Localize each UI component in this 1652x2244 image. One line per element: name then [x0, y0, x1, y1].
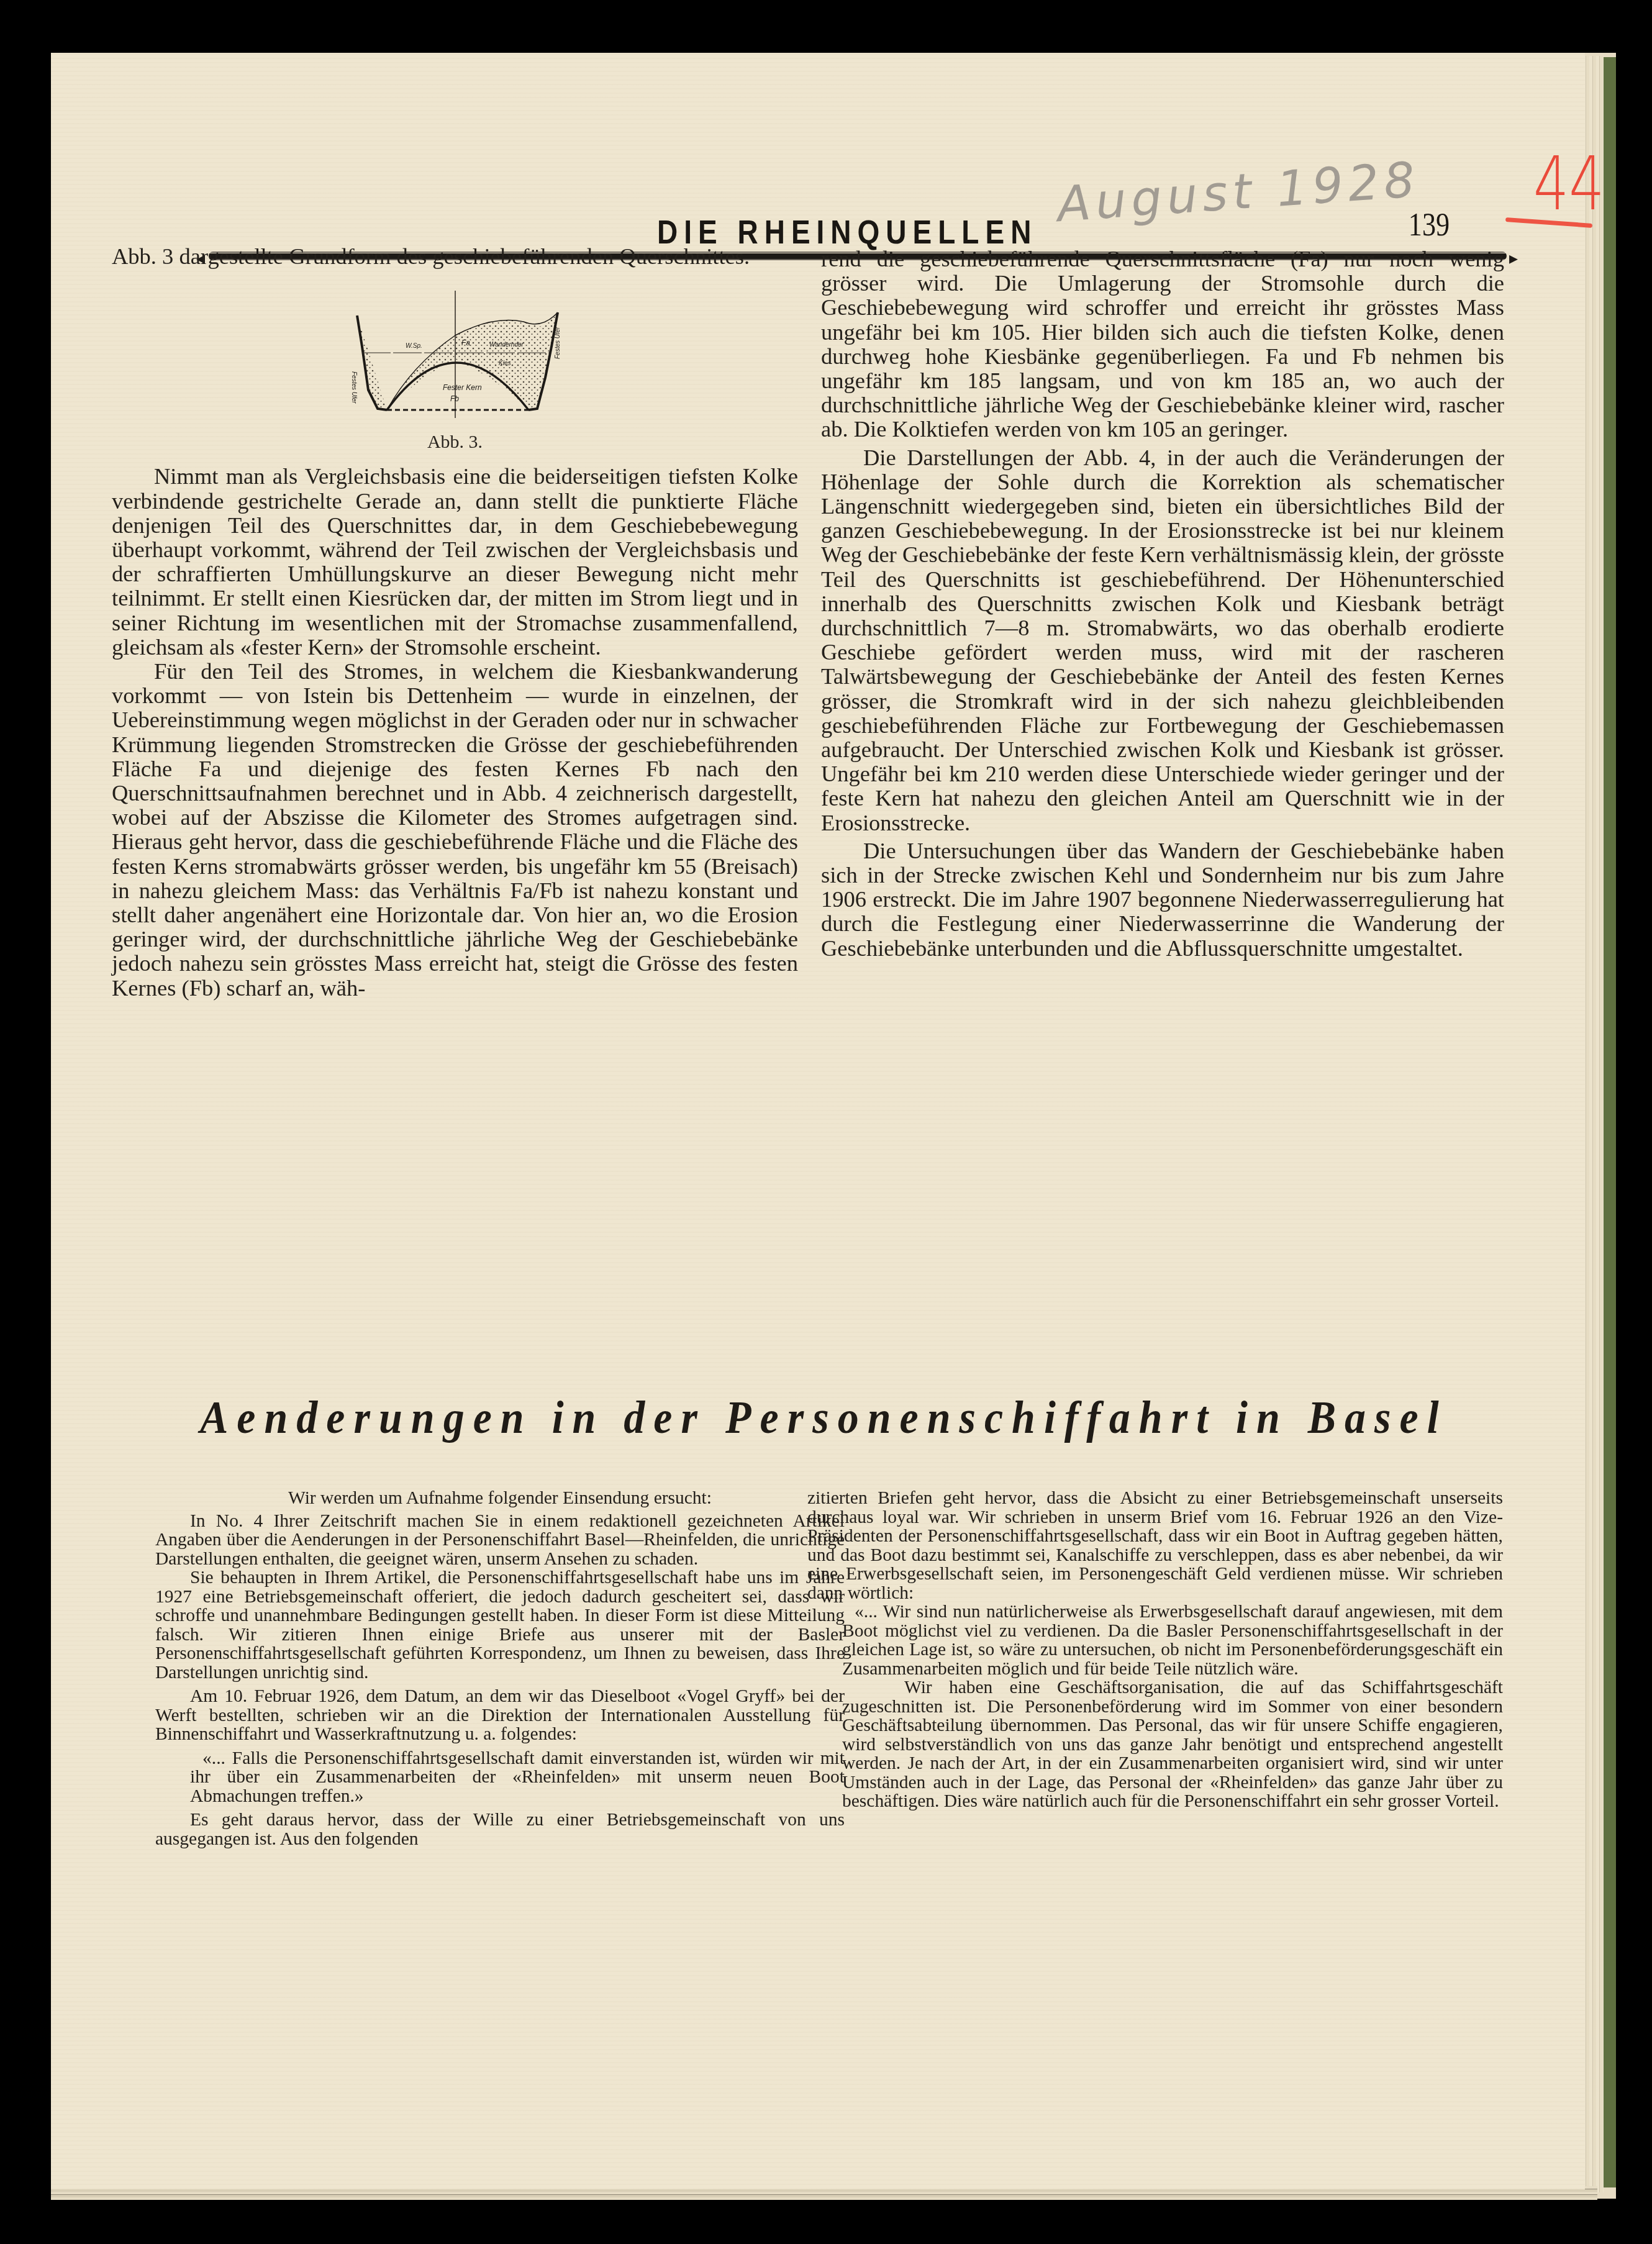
- quotation: «... Wir sind nun natürlicherweise als E…: [807, 1602, 1503, 1678]
- svg-text:Festes Ufer: Festes Ufer: [555, 327, 561, 359]
- paragraph: Am 10. Februar 1926, dem Datum, an dem w…: [155, 1687, 845, 1744]
- paragraph: Es geht daraus hervor, dass der Wille zu…: [155, 1810, 845, 1848]
- figure-abb-3: Fester Kern Fb Fa Wandernder Kies W.Sp. …: [112, 291, 798, 454]
- archive-number: 44: [1533, 141, 1605, 227]
- journal-page: August 1928 DIE RHEINQUELLEN 139 44 ◂ ▸ …: [51, 53, 1585, 2189]
- paragraph: Für den Teil des Stromes, in welchem die…: [112, 659, 798, 1000]
- pencil-annotation: August 1928: [1056, 152, 1422, 234]
- article2-headline: Aenderungen in der Personenschiffahrt in…: [200, 1391, 1504, 1445]
- paragraph: Nimmt man als Vergleichsbasis eine die b…: [112, 464, 798, 659]
- paragraph: Die Untersuchungen über das Wandern der …: [821, 838, 1504, 960]
- green-cover-edge: [1604, 57, 1616, 2187]
- svg-text:W.Sp.: W.Sp.: [406, 343, 422, 350]
- svg-text:Fb: Fb: [450, 394, 459, 403]
- svg-text:Wandernder: Wandernder: [489, 342, 524, 348]
- paragraph: Die Darstellungen der Abb. 4, in der auc…: [821, 445, 1504, 835]
- svg-text:Fa: Fa: [461, 338, 470, 347]
- svg-text:Kies: Kies: [499, 360, 511, 367]
- paragraph: zitierten Briefen geht hervor, dass die …: [807, 1489, 1503, 1602]
- paragraph: rend die geschiebeführende Querschnittsf…: [821, 247, 1504, 442]
- svg-text:Fester Kern: Fester Kern: [443, 383, 482, 392]
- quotation: Wir haben eine Geschäftsorganisation, di…: [807, 1678, 1503, 1811]
- paragraph: Abb. 3 dargestellte Grundform des geschi…: [112, 244, 798, 268]
- cross-section-diagram: Fester Kern Fb Fa Wandernder Kies W.Sp. …: [343, 291, 567, 421]
- svg-text:Festes Ufer: Festes Ufer: [350, 371, 357, 404]
- article2-left-column: Wir werden um Aufnahme folgender Einsend…: [155, 1489, 845, 1848]
- article2-right-column: zitierten Briefen geht hervor, dass die …: [807, 1489, 1503, 1811]
- quotation: «... Falls die Personenschiffahrtsgesell…: [155, 1749, 845, 1806]
- page-number: 139: [1409, 207, 1450, 243]
- paragraph: In No. 4 Ihrer Zeitschrift machen Sie in…: [155, 1512, 845, 1569]
- paragraph: Sie behaupten in Ihrem Artikel, die Pers…: [155, 1568, 845, 1682]
- figure-caption: Abb. 3.: [427, 430, 483, 454]
- intro-line: Wir werden um Aufnahme folgender Einsend…: [155, 1489, 845, 1508]
- article1-right-column: rend die geschiebeführende Querschnittsf…: [821, 247, 1504, 960]
- page-edges: [1582, 56, 1604, 2192]
- rule-ornament-right-icon: ▸: [1509, 248, 1518, 269]
- article1-left-column: Abb. 3 dargestellte Grundform des geschi…: [112, 244, 798, 1000]
